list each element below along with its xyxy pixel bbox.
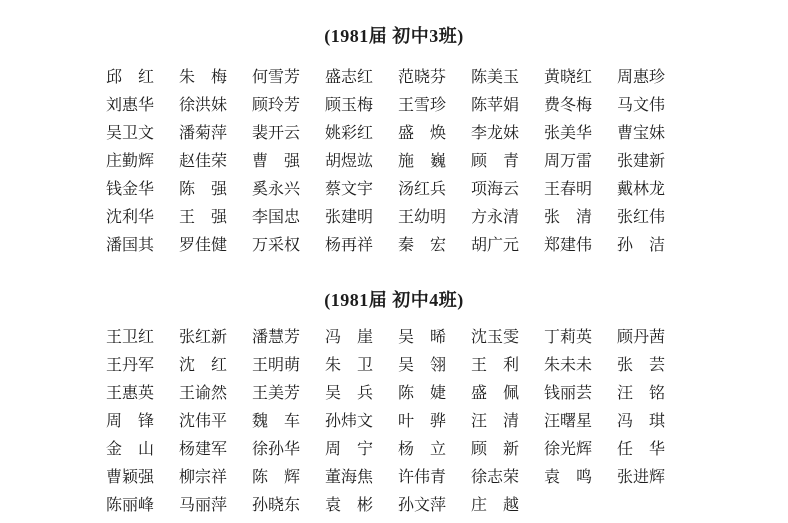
student-name: 张红伟: [617, 204, 690, 232]
student-name: 何雪芳: [252, 64, 325, 92]
student-name: 曹宝妹: [617, 120, 690, 148]
student-name: 顾 青: [471, 148, 544, 176]
student-name: 李国忠: [252, 204, 325, 232]
student-name: 沈 红: [179, 352, 252, 380]
student-name: 潘慧芳: [252, 324, 325, 352]
student-name: 曹 强: [252, 148, 325, 176]
student-name: 孙 洁: [617, 232, 690, 260]
student-name: 汪 铭: [617, 380, 690, 408]
student-name: 孙文萍: [398, 492, 471, 520]
student-name: 周万雷: [544, 148, 617, 176]
student-name: 胡广元: [471, 232, 544, 260]
student-name: 张 清: [544, 204, 617, 232]
student-name: 朱未未: [544, 352, 617, 380]
student-name: 张建明: [325, 204, 398, 232]
student-name: 孙晓东: [252, 492, 325, 520]
student-name: 张 芸: [617, 352, 690, 380]
student-name: 刘惠华: [106, 92, 179, 120]
student-name: 黄晓红: [544, 64, 617, 92]
student-name: 钱丽芸: [544, 380, 617, 408]
student-name: 王美芳: [252, 380, 325, 408]
student-name: 王春明: [544, 176, 617, 204]
student-name: 盛 佩: [471, 380, 544, 408]
student-name: 袁 彬: [325, 492, 398, 520]
student-name: 张进辉: [617, 464, 690, 492]
student-name: 徐孙华: [252, 436, 325, 464]
student-name: 王幼明: [398, 204, 471, 232]
student-name: 吴 晞: [398, 324, 471, 352]
student-name: 吴卫文: [106, 120, 179, 148]
student-name: 王谕然: [179, 380, 252, 408]
student-name: 郑建伟: [544, 232, 617, 260]
class-section-4: (1981届 初中4班) 王卫红张红新潘慧芳冯 崖吴 晞沈玉雯丁莉英顾丹茜王丹军…: [0, 288, 788, 520]
student-name: 庄勤辉: [106, 148, 179, 176]
student-name: 陈 强: [179, 176, 252, 204]
student-name: 周 锋: [106, 408, 179, 436]
student-name: 顾玲芳: [252, 92, 325, 120]
student-name: 杨再祥: [325, 232, 398, 260]
student-name: 潘国其: [106, 232, 179, 260]
student-name: 王卫红: [106, 324, 179, 352]
student-name: 费冬梅: [544, 92, 617, 120]
student-name: 王惠英: [106, 380, 179, 408]
student-name: 顾玉梅: [325, 92, 398, 120]
student-name: 马丽萍: [179, 492, 252, 520]
student-name: 徐志荣: [471, 464, 544, 492]
student-name: 方永清: [471, 204, 544, 232]
student-name: 丁莉英: [544, 324, 617, 352]
student-name: 王 强: [179, 204, 252, 232]
student-name: 周 宁: [325, 436, 398, 464]
student-name: 王丹军: [106, 352, 179, 380]
student-name: 杨 立: [398, 436, 471, 464]
class-roster-page: (1981届 初中3班) 邱 红朱 梅何雪芳盛志红范晓芬陈美玉黄晓红周惠珍刘惠华…: [0, 0, 788, 520]
student-name: 任 华: [617, 436, 690, 464]
student-name: 魏 车: [252, 408, 325, 436]
student-name: 胡煜竑: [325, 148, 398, 176]
student-name: 杨建军: [179, 436, 252, 464]
section-title-class-4: (1981届 初中4班): [0, 288, 788, 312]
student-name: 沈利华: [106, 204, 179, 232]
student-name: 叶 骅: [398, 408, 471, 436]
student-name: 袁 鸣: [544, 464, 617, 492]
student-name: 庄 越: [471, 492, 544, 520]
student-name: 陈丽峰: [106, 492, 179, 520]
student-name: 戴林龙: [617, 176, 690, 204]
name-grid-class-3: 邱 红朱 梅何雪芳盛志红范晓芬陈美玉黄晓红周惠珍刘惠华徐洪妹顾玲芳顾玉梅王雪珍陈…: [106, 64, 788, 260]
student-name: 冯 琪: [617, 408, 690, 436]
student-name: 吴 翎: [398, 352, 471, 380]
student-name: 李龙妹: [471, 120, 544, 148]
student-name: 朱 梅: [179, 64, 252, 92]
student-name: 曹颖强: [106, 464, 179, 492]
student-name: 王明萌: [252, 352, 325, 380]
student-name: 秦 宏: [398, 232, 471, 260]
student-name: 盛 焕: [398, 120, 471, 148]
student-name: 陈 辉: [252, 464, 325, 492]
class-section-3: (1981届 初中3班) 邱 红朱 梅何雪芳盛志红范晓芬陈美玉黄晓红周惠珍刘惠华…: [0, 24, 788, 260]
student-name: 沈伟平: [179, 408, 252, 436]
student-name: 顾丹茜: [617, 324, 690, 352]
student-name: 罗佳健: [179, 232, 252, 260]
name-grid-class-4: 王卫红张红新潘慧芳冯 崖吴 晞沈玉雯丁莉英顾丹茜王丹军沈 红王明萌朱 卫吴 翎王…: [106, 324, 788, 520]
student-name: 金 山: [106, 436, 179, 464]
student-name: 张红新: [179, 324, 252, 352]
student-name: 王雪珍: [398, 92, 471, 120]
student-name: 王 利: [471, 352, 544, 380]
student-name: 邱 红: [106, 64, 179, 92]
student-name: 徐光辉: [544, 436, 617, 464]
student-name: 陈苹娟: [471, 92, 544, 120]
student-name: 施 巍: [398, 148, 471, 176]
student-name: 赵佳荣: [179, 148, 252, 176]
student-name: 马文伟: [617, 92, 690, 120]
student-name: 汪 清: [471, 408, 544, 436]
student-name: 柳宗祥: [179, 464, 252, 492]
student-name: 吴 兵: [325, 380, 398, 408]
student-name: 汪曙星: [544, 408, 617, 436]
student-name: 潘菊萍: [179, 120, 252, 148]
student-name: 盛志红: [325, 64, 398, 92]
student-name: 姚彩红: [325, 120, 398, 148]
student-name: 汤红兵: [398, 176, 471, 204]
student-name: 范晓芬: [398, 64, 471, 92]
student-name: 钱金华: [106, 176, 179, 204]
section-title-class-3: (1981届 初中3班): [0, 24, 788, 48]
student-name: 项海云: [471, 176, 544, 204]
student-name: 沈玉雯: [471, 324, 544, 352]
student-name: 蔡文宇: [325, 176, 398, 204]
student-name: 张建新: [617, 148, 690, 176]
student-name: 顾 新: [471, 436, 544, 464]
student-name: 裴开云: [252, 120, 325, 148]
student-name: 朱 卫: [325, 352, 398, 380]
student-name: 张美华: [544, 120, 617, 148]
student-name: 许伟青: [398, 464, 471, 492]
student-name: 陈 婕: [398, 380, 471, 408]
student-name: 冯 崖: [325, 324, 398, 352]
student-name: 陈美玉: [471, 64, 544, 92]
student-name: 周惠珍: [617, 64, 690, 92]
student-name: 万采权: [252, 232, 325, 260]
student-name: 奚永兴: [252, 176, 325, 204]
student-name: 董海焦: [325, 464, 398, 492]
student-name: 徐洪妹: [179, 92, 252, 120]
student-name: 孙炜文: [325, 408, 398, 436]
